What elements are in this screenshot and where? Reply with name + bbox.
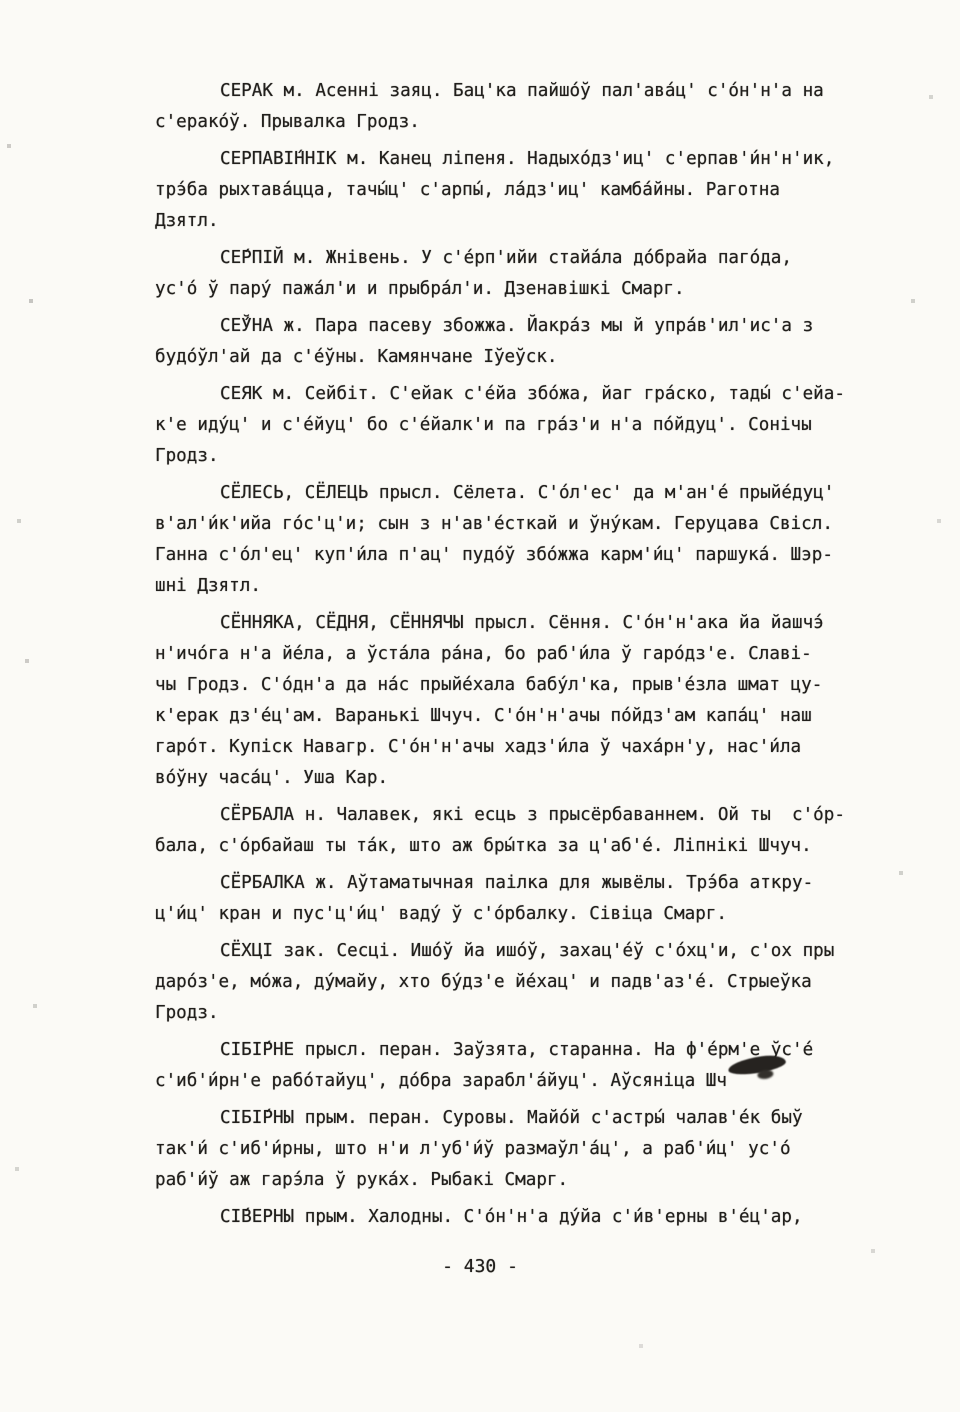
dictionary-entry: СЕРПАВІ́ННІК м. Канец ліпеня. Надыхо́дз'…	[155, 144, 960, 237]
dictionary-entry: СІ́ВЕРНЫ прым. Халодны. С'о́н'н'а ду́йа …	[155, 1202, 960, 1233]
dictionary-entry: СЁХЦІ зак. Сесці. Ишо́ў йа ишо́ў, захац'…	[155, 936, 960, 1029]
dictionary-entry: СЁРБАЛКА ж. Аўтаматычная паілка для жывё…	[155, 868, 960, 930]
dictionary-entry: СІБІ́РНЫ прым. перан. Суровы. Майо́й с'а…	[155, 1103, 960, 1196]
dictionary-entry: СЁРБАЛА н. Чалавек, які есць з прысёрбав…	[155, 800, 960, 862]
page-number: - 430 -	[0, 1251, 960, 1282]
scanned-dictionary-page: СЕРАК м. Асенні заяц. Бац'ка пайшо́ў пал…	[0, 0, 960, 1412]
dictionary-entry: СЁЛЕСЬ, СЁЛЕЦЬ прысл. Сёлета. С'о́л'ес' …	[155, 478, 960, 602]
dictionary-entry: СІБІ́РНЕ прысл. перан. Заўзята, старанна…	[155, 1035, 960, 1097]
dictionary-entry: СЕЯК м. Сейбіт. С'ейак с'е́йа збо́жа, йа…	[155, 379, 960, 472]
page-content: СЕРАК м. Асенні заяц. Бац'ка пайшо́ў пал…	[0, 0, 960, 1282]
entries: СЕРАК м. Асенні заяц. Бац'ка пайшо́ў пал…	[155, 76, 960, 1233]
dictionary-entry: СЕ́РПІЙ м. Жнівень. У с'е́рп'ийи стайа́л…	[155, 243, 960, 305]
dictionary-entry: СЕ́ЎНА ж. Пара пасеву збожжа. Йакра́з мы…	[155, 311, 960, 373]
scan-noise-speckles	[0, 0, 2, 2]
dictionary-entry: СЕРАК м. Асенні заяц. Бац'ка пайшо́ў пал…	[155, 76, 960, 138]
dictionary-entry: СЁННЯКА, СЁДНЯ, СЁННЯЧЫ прысл. Сёння. С'…	[155, 608, 960, 794]
